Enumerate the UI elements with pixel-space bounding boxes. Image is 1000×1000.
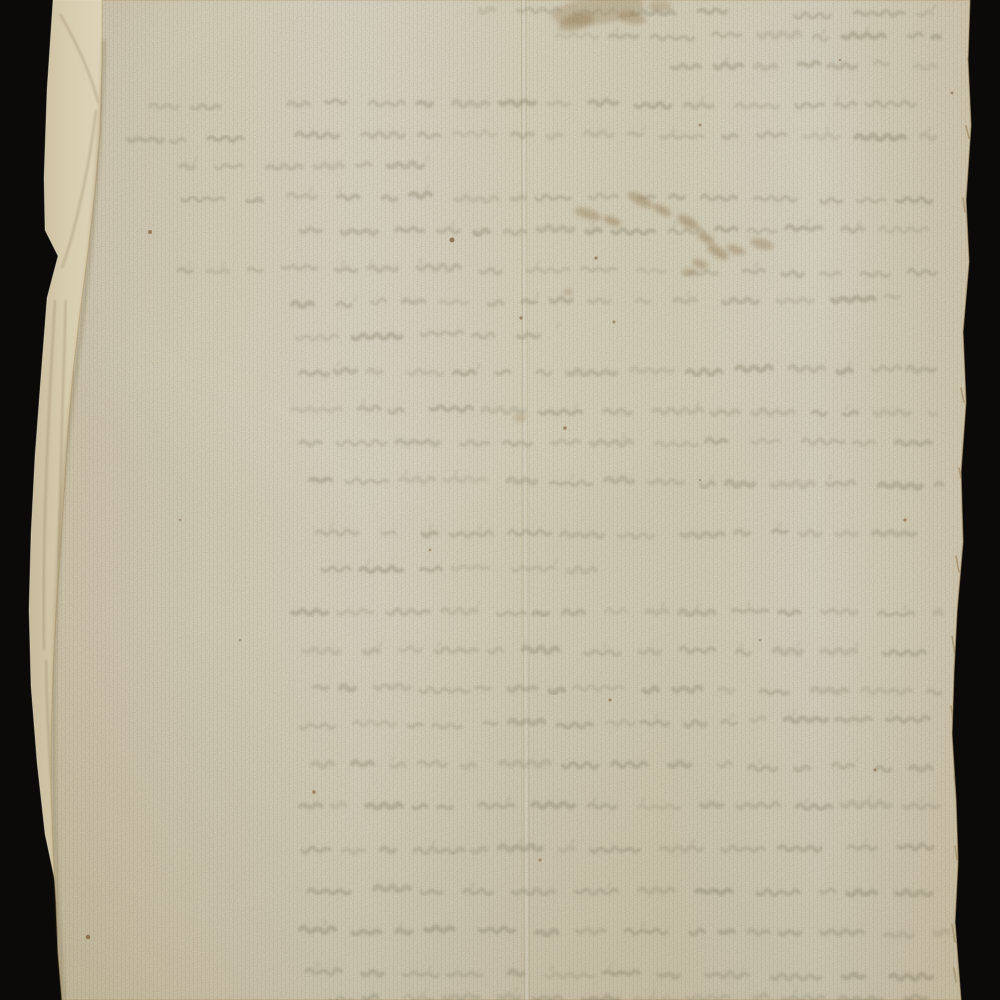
manuscript-scan-photo (0, 0, 1000, 1000)
paper-grain (0, 0, 1000, 1000)
page-surface (0, 0, 1000, 1000)
manuscript-page-image (0, 0, 1000, 1000)
